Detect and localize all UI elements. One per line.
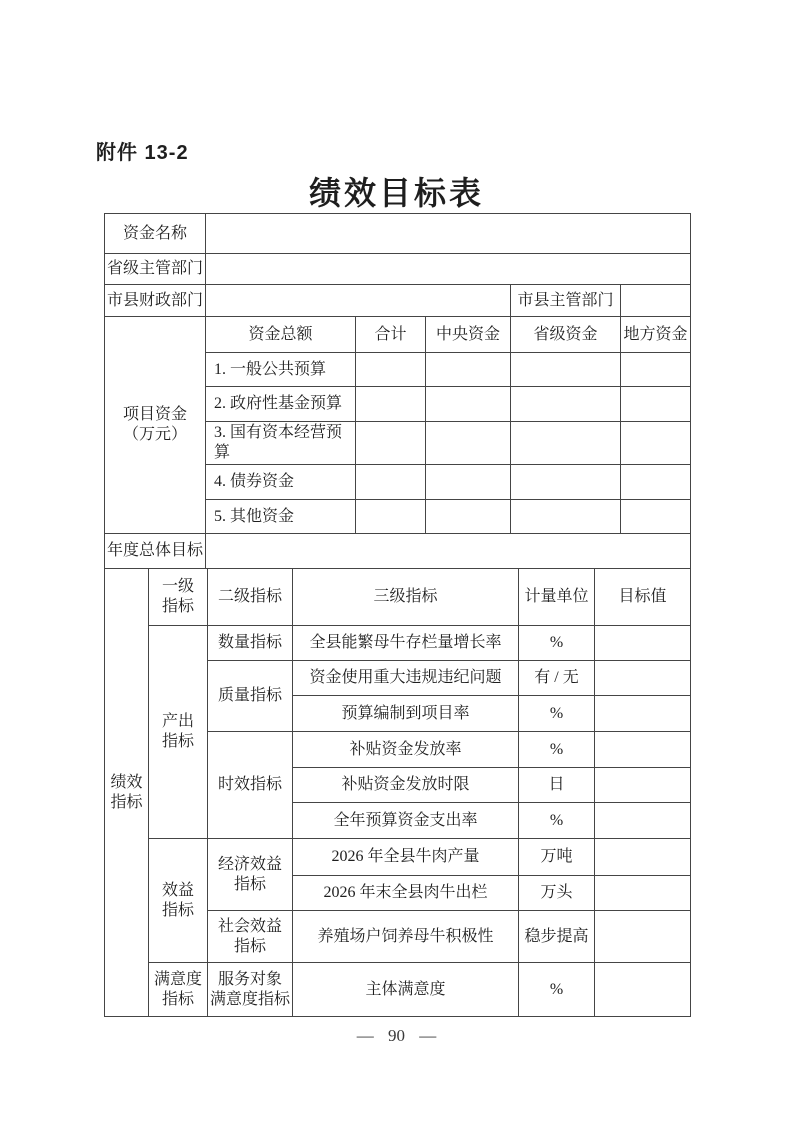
indicator-name: 全年预算资金支出率 <box>293 803 519 839</box>
target-value-cell <box>595 911 691 963</box>
fund-info-table: 资金名称 省级主管部门 市县财政部门 市县主管部门 项目资金 （万元） 资金总额… <box>104 213 691 569</box>
funding-value-cell <box>511 500 621 534</box>
city-admin-dept-label: 市县主管部门 <box>511 285 621 317</box>
page-number: — 90 — <box>0 1026 793 1046</box>
indicator-unit: 稳步提高 <box>519 911 595 963</box>
header-target: 目标值 <box>595 569 691 626</box>
funding-header-central: 中央资金 <box>426 317 511 353</box>
city-finance-dept-value-cell <box>206 285 511 317</box>
level1-benefit-label: 效益 指标 <box>149 839 208 963</box>
page-title: 绩效目标表 <box>0 168 793 214</box>
city-finance-dept-label: 市县财政部门 <box>105 285 206 317</box>
performance-target-table: 资金名称 省级主管部门 市县财政部门 市县主管部门 项目资金 （万元） 资金总额… <box>104 213 691 1017</box>
indicator-unit: 有 / 无 <box>519 661 595 696</box>
target-value-cell <box>595 876 691 911</box>
target-value-cell <box>595 696 691 732</box>
level2-quality-label: 质量指标 <box>208 661 293 732</box>
table-row: 省级主管部门 <box>105 254 691 285</box>
indicator-unit: % <box>519 732 595 768</box>
header-level1: 一级 指标 <box>149 569 208 626</box>
indicator-unit: % <box>519 963 595 1017</box>
table-row: 产出 指标 数量指标 全县能繁母牛存栏量增长率 % <box>105 626 691 661</box>
funding-value-cell <box>621 500 691 534</box>
target-value-cell <box>595 626 691 661</box>
target-value-cell <box>595 963 691 1017</box>
funding-value-cell <box>511 465 621 500</box>
fund-name-label: 资金名称 <box>105 214 206 254</box>
funding-value-cell <box>621 353 691 387</box>
provincial-dept-value-cell <box>206 254 691 285</box>
funding-value-cell <box>621 387 691 422</box>
funding-item-label: 3. 国有资本经营预算 <box>206 422 356 465</box>
funding-header-sum: 合计 <box>356 317 426 353</box>
funding-value-cell <box>426 465 511 500</box>
level2-quantity-label: 数量指标 <box>208 626 293 661</box>
indicator-unit: % <box>519 803 595 839</box>
funding-value-cell <box>511 353 621 387</box>
header-level3: 三级指标 <box>293 569 519 626</box>
indicator-unit: 万吨 <box>519 839 595 876</box>
indicator-name: 补贴资金发放率 <box>293 732 519 768</box>
level2-timeliness-label: 时效指标 <box>208 732 293 839</box>
indicator-name: 补贴资金发放时限 <box>293 768 519 803</box>
header-level2: 二级指标 <box>208 569 293 626</box>
funding-header-total: 资金总额 <box>206 317 356 353</box>
indicator-unit: % <box>519 696 595 732</box>
funding-value-cell <box>511 422 621 465</box>
target-value-cell <box>595 768 691 803</box>
project-funding-label: 项目资金 （万元） <box>105 317 206 534</box>
indicator-name: 预算编制到项目率 <box>293 696 519 732</box>
indicator-name: 主体满意度 <box>293 963 519 1017</box>
indicator-name: 2026 年末全县肉牛出栏 <box>293 876 519 911</box>
funding-item-label: 2. 政府性基金预算 <box>206 387 356 422</box>
table-row: 市县财政部门 市县主管部门 <box>105 285 691 317</box>
target-value-cell <box>595 839 691 876</box>
indicators-section-label: 绩效 指标 <box>105 569 149 1017</box>
funding-value-cell <box>356 422 426 465</box>
table-row: 年度总体目标 <box>105 534 691 569</box>
table-row: 项目资金 （万元） 资金总额 合计 中央资金 省级资金 地方资金 <box>105 317 691 353</box>
level2-service-label: 服务对象 满意度指标 <box>208 963 293 1017</box>
indicator-name: 养殖场户饲养母牛积极性 <box>293 911 519 963</box>
table-row: 满意度 指标 服务对象 满意度指标 主体满意度 % <box>105 963 691 1017</box>
funding-value-cell <box>426 500 511 534</box>
funding-value-cell <box>356 353 426 387</box>
indicator-unit: % <box>519 626 595 661</box>
annual-goal-value-cell <box>206 534 691 569</box>
indicator-unit: 日 <box>519 768 595 803</box>
level2-social-label: 社会效益 指标 <box>208 911 293 963</box>
indicator-unit: 万头 <box>519 876 595 911</box>
target-value-cell <box>595 732 691 768</box>
funding-value-cell <box>356 387 426 422</box>
level2-economic-label: 经济效益 指标 <box>208 839 293 911</box>
city-admin-dept-value-cell <box>621 285 691 317</box>
funding-item-label: 4. 债券资金 <box>206 465 356 500</box>
indicator-name: 资金使用重大违规违纪问题 <box>293 661 519 696</box>
level1-satisfaction-label: 满意度 指标 <box>149 963 208 1017</box>
fund-name-value-cell <box>206 214 691 254</box>
funding-value-cell <box>511 387 621 422</box>
table-row: 资金名称 <box>105 214 691 254</box>
indicators-table: 绩效 指标 一级 指标 二级指标 三级指标 计量单位 目标值 产出 指标 数量指… <box>104 568 691 1017</box>
target-value-cell <box>595 661 691 696</box>
provincial-dept-label: 省级主管部门 <box>105 254 206 285</box>
funding-value-cell <box>621 465 691 500</box>
table-row: 效益 指标 经济效益 指标 2026 年全县牛肉产量 万吨 <box>105 839 691 876</box>
header-unit: 计量单位 <box>519 569 595 626</box>
document-page: { "page": { "attachment": "附件 13-2", "ti… <box>0 0 793 1122</box>
funding-value-cell <box>426 387 511 422</box>
funding-value-cell <box>621 422 691 465</box>
attachment-label: 附件 13-2 <box>96 136 189 165</box>
funding-header-provincial: 省级资金 <box>511 317 621 353</box>
target-value-cell <box>595 803 691 839</box>
funding-value-cell <box>426 353 511 387</box>
funding-value-cell <box>356 465 426 500</box>
level1-output-label: 产出 指标 <box>149 626 208 839</box>
funding-item-label: 5. 其他资金 <box>206 500 356 534</box>
funding-value-cell <box>356 500 426 534</box>
indicator-name: 全县能繁母牛存栏量增长率 <box>293 626 519 661</box>
table-row: 绩效 指标 一级 指标 二级指标 三级指标 计量单位 目标值 <box>105 569 691 626</box>
annual-goal-label: 年度总体目标 <box>105 534 206 569</box>
funding-item-label: 1. 一般公共预算 <box>206 353 356 387</box>
indicator-name: 2026 年全县牛肉产量 <box>293 839 519 876</box>
funding-header-local: 地方资金 <box>621 317 691 353</box>
funding-value-cell <box>426 422 511 465</box>
